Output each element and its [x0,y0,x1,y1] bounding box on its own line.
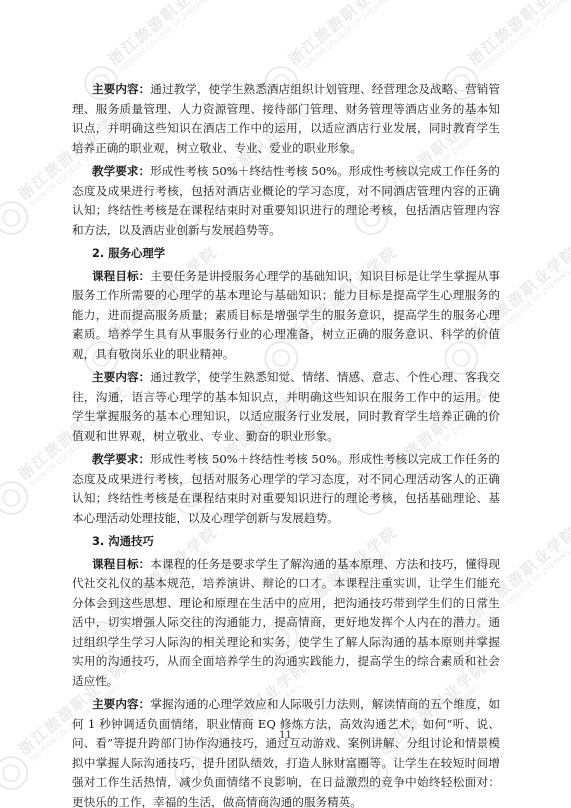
paragraph-course-objective: 课程目标：主要任务是讲授服务心理学的基础知识，知识目标是让学生掌握从事服务工作所… [72,267,500,365]
document-page: 主要内容：通过教学，使学生熟悉酒店组织计划管理、经营理念及战略、营销管理、服务质… [72,80,500,808]
paragraph-main-content: 主要内容：通过教学，使学生熟悉知觉、情绪、情感、意志、个性心理、客我交往，沟通，… [72,368,500,446]
paragraph-teaching-requirements: 教学要求：形成性考核 50%＋终结性考核 50%。形成性考核以完成工作任务的态度… [72,162,500,240]
paragraph-main-content: 主要内容：掌握沟通的心理学效应和人际吸引力法则，解读情商的五个维度，如何 1 秒… [72,695,500,808]
paragraph-text: 掌握沟通的心理学效应和人际吸引力法则，解读情商的五个维度，如何 1 秒钟调适负面… [72,697,500,808]
paragraph-text: 本课程的任务是要求学生了解沟通的基本原理、方法和技巧，懂得现代社交礼仪的基本规范… [72,557,500,688]
section-heading: 3. 沟通技巧 [72,532,500,552]
paragraph-label: 主要内容： [92,370,150,384]
paragraph-teaching-requirements: 教学要求：形成性考核 50%＋终结性考核 50%。形成性考核以完成工作任务的态度… [72,450,500,528]
paragraph-label: 课程目标： [92,269,150,283]
section-heading: 2. 服务心理学 [72,244,500,264]
section-communication-skills: 3. 沟通技巧 课程目标：本课程的任务是要求学生了解沟通的基本原理、方法和技巧，… [72,532,500,808]
section-service-psychology: 2. 服务心理学 课程目标：主要任务是讲授服务心理学的基础知识，知识目标是让学生… [72,244,500,528]
paragraph-label: 主要内容： [92,82,150,96]
paragraph-label: 教学要求： [92,164,150,178]
section-hotel-management: 主要内容：通过教学，使学生熟悉酒店组织计划管理、经营理念及战略、营销管理、服务质… [72,80,500,240]
paragraph-main-content: 主要内容：通过教学，使学生熟悉酒店组织计划管理、经营理念及战略、营销管理、服务质… [72,80,500,158]
college-seal-icon [0,194,35,242]
college-seal-icon [0,749,35,797]
paragraph-course-objective: 课程目标：本课程的任务是要求学生了解沟通的基本原理、方法和技巧，懂得现代社交礼仪… [72,555,500,692]
paragraph-label: 主要内容： [92,697,150,711]
paragraph-label: 课程目标： [92,557,150,571]
page-number: 11 [0,730,571,741]
paragraph-label: 教学要求： [92,452,150,466]
college-seal-icon [0,474,35,522]
